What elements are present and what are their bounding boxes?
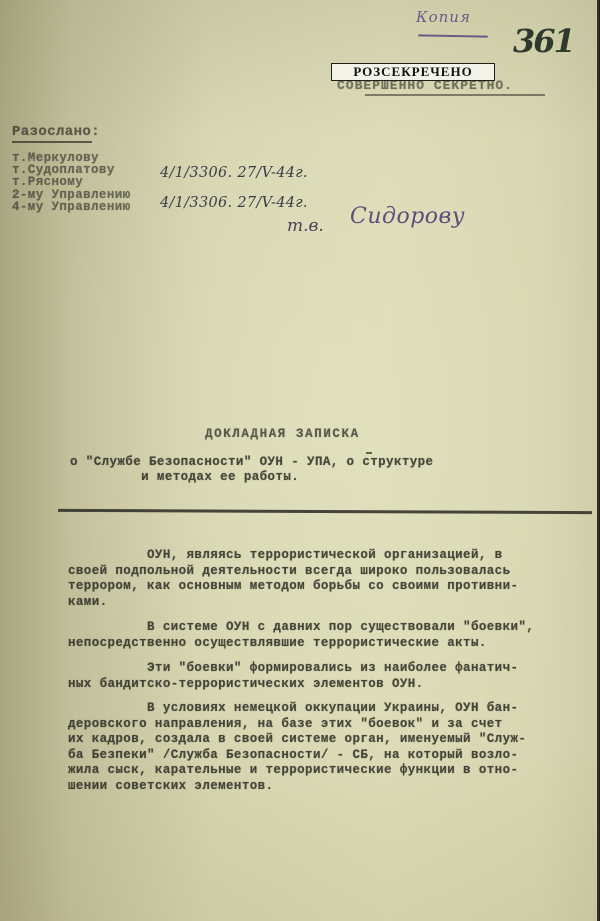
distribution-list: т.Меркуловут.Судоплатовут.Рясному2-му Уп… [12, 152, 131, 213]
paragraph: В системе ОУН с давних пор существовали … [68, 620, 534, 651]
subtitle-line: о "Службе Безопасности" ОУН - УПА, о стр… [70, 455, 433, 470]
classification-underline [365, 94, 545, 96]
registration-note: 4/1/3306. 27/V-44г. [160, 195, 308, 211]
title-dash [366, 452, 372, 454]
assignment-signature: Сидорову [350, 204, 465, 229]
paragraph: В условиях немецкой оккупации Украины, О… [68, 701, 526, 794]
distribution-label: Разослано: [12, 124, 100, 140]
recipient-item: 4-му Управлению [12, 201, 131, 213]
document-title: ДОКЛАДНАЯ ЗАПИСКА [205, 427, 360, 441]
document-subtitle: о "Службе Безопасности" ОУН - УПА, о стр… [70, 455, 433, 485]
recipient-item: т.Рясному [12, 176, 131, 188]
copy-handwritten-mark: Копия [416, 8, 471, 26]
paragraph: ОУН, являясь террористической организаци… [68, 548, 518, 610]
recipient-item: 2-му Управлению [12, 189, 131, 201]
registration-note: 4/1/3306. 27/V-44г. [160, 165, 308, 181]
classification-label: СОВЕРШЕННО СЕКРЕТНО. [337, 78, 513, 93]
assignment-prefix: т.в. [287, 216, 324, 236]
page-number: 361 [513, 22, 574, 60]
paragraph: Эти "боевки" формировались из наиболее ф… [68, 661, 518, 692]
distribution-label-underline [12, 141, 92, 143]
subtitle-line: и методах ее работы. [70, 470, 433, 485]
